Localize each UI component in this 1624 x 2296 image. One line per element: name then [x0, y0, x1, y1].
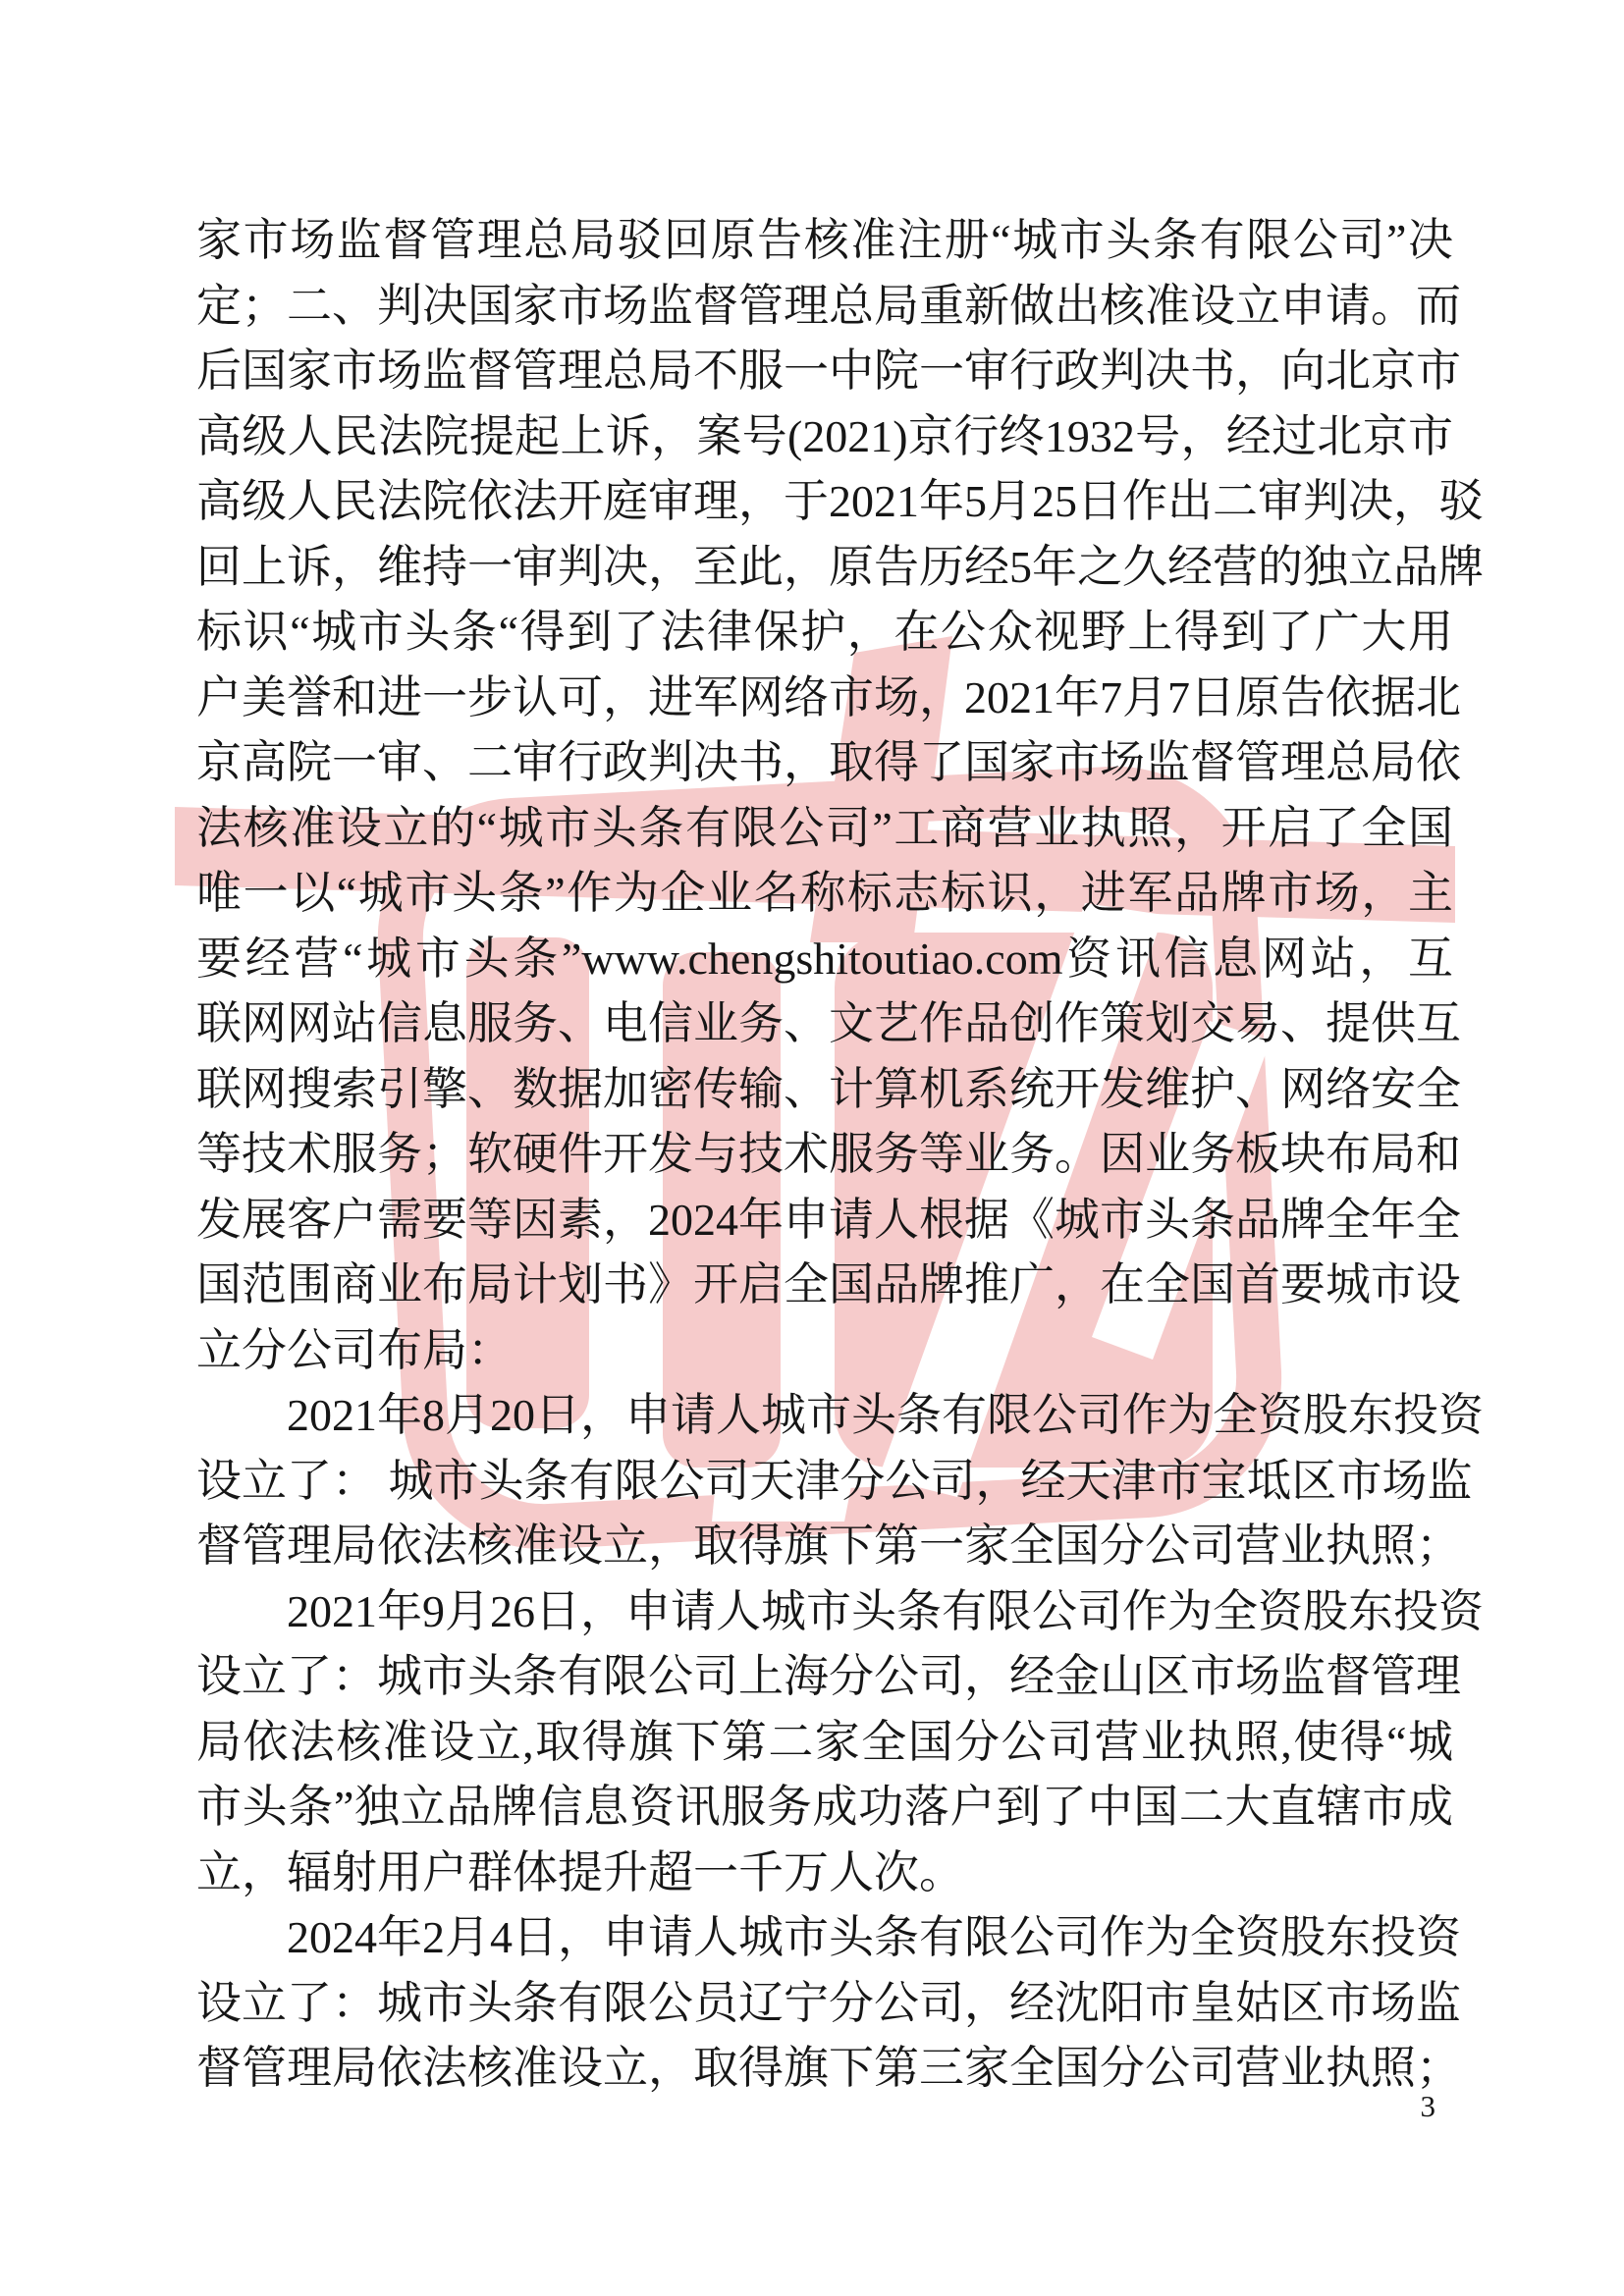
text-line: 设立了：城市头条有限公员辽宁分公司，经沈阳市皇姑区市场监: [196, 1971, 1453, 2037]
text-line: 高级人民法院依法开庭审理，于2021年5月25日作出二审判决，驳: [196, 469, 1453, 535]
text-line: 设立了：城市头条有限公司上海分公司，经金山区市场监督管理: [196, 1644, 1453, 1710]
text-line: 户美誉和进一步认可，进军网络市场，2021年7月7日原告依据北: [196, 666, 1453, 731]
text-line: 高级人民法院提起上诉，案号(2021)京行终1932号，经过北京市: [196, 404, 1453, 470]
text-line: 法核准设立的“城市头条有限公司”工商营业执照，开启了全国: [196, 796, 1453, 862]
text-line: 定；二、判决国家市场监督管理总局重新做出核准设立申请。而: [196, 274, 1453, 340]
text-line: 回上诉，维持一审判决，至此，原告历经5年之久经营的独立品牌: [196, 535, 1453, 601]
document-text-block: 家市场监督管理总局驳回原告核准注册“城市头条有限公司”决 定；二、判决国家市场监…: [196, 208, 1453, 2102]
text-line: 2021年9月26日，申请人城市头条有限公司作为全资股东投资: [196, 1579, 1453, 1645]
text-line: 市头条”独立品牌信息资讯服务成功落户到了中国二大直辖市成: [196, 1775, 1453, 1841]
text-line: 后国家市场监督管理总局不服一中院一审行政判决书，向北京市: [196, 339, 1453, 404]
text-line: 要经营“城市头条”www.chengshitoutiao.com资讯信息网站，互: [196, 927, 1453, 992]
text-line: 国范围商业布局计划书》开启全国品牌推广，在全国首要城市设: [196, 1253, 1453, 1318]
text-line: 立，辐射用户群体提升超一千万人次。: [196, 1841, 1453, 1906]
text-line: 标识“城市头条“得到了法律保护，在公众视野上得到了广大用: [196, 600, 1453, 666]
text-line: 联网搜索引擎、数据加密传输、计算机系统开发维护、网络安全: [196, 1057, 1453, 1123]
text-line: 家市场监督管理总局驳回原告核准注册“城市头条有限公司”决: [196, 208, 1453, 274]
text-line: 等技术服务；软硬件开发与技术服务等业务。因业务板块布局和: [196, 1122, 1453, 1188]
text-line: 唯一以“城市头条”作为企业名称标志标识，进军品牌市场，主: [196, 861, 1453, 927]
text-line: 设立了： 城市头条有限公司天津分公司，经天津市宝坻区市场监: [196, 1449, 1453, 1515]
document-page: 家市场监督管理总局驳回原告核准注册“城市头条有限公司”决 定；二、判决国家市场监…: [0, 0, 1624, 2296]
text-line: 局依法核准设立,取得旗下第二家全国分公司营业执照,使得“城: [196, 1710, 1453, 1776]
text-line: 督管理局依法核准设立，取得旗下第一家全国分公司营业执照；: [196, 1514, 1453, 1579]
text-line: 立分公司布局：: [196, 1318, 1453, 1384]
page-number: 3: [196, 2089, 1435, 2124]
text-line: 联网网站信息服务、电信业务、文艺作品创作策划交易、提供互: [196, 991, 1453, 1057]
text-line: 2021年8月20日，申请人城市头条有限公司作为全资股东投资: [196, 1383, 1453, 1449]
text-line: 发展客户需要等因素，2024年申请人根据《城市头条品牌全年全: [196, 1188, 1453, 1254]
text-line: 2024年2月4日，申请人城市头条有限公司作为全资股东投资: [196, 1905, 1453, 1971]
text-line: 京高院一审、二审行政判决书，取得了国家市场监督管理总局依: [196, 730, 1453, 796]
